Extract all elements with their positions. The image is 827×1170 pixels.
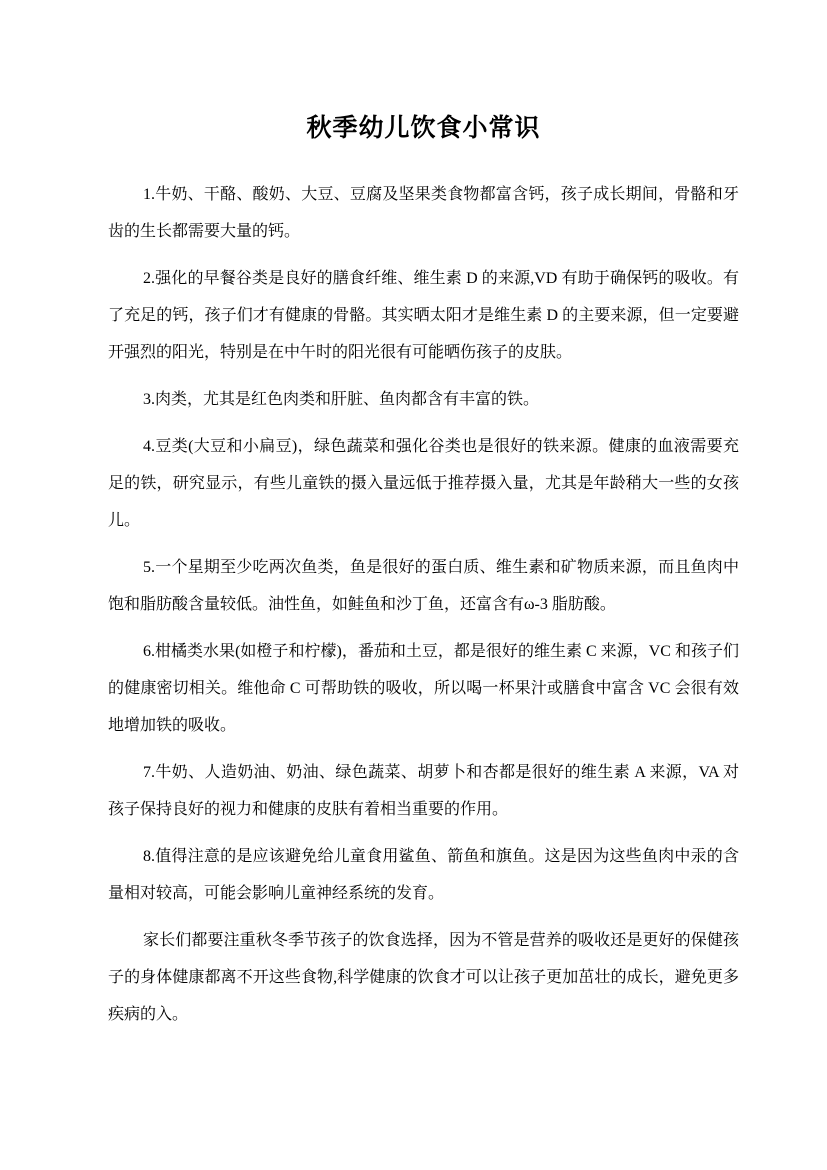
- paragraph-6: 6.柑橘类水果(如橙子和柠檬)，番茄和土豆，都是很好的维生素 C 来源，VC 和…: [108, 633, 739, 744]
- paragraph-7: 7.牛奶、人造奶油、奶油、绿色蔬菜、胡萝卜和杏都是很好的维生素 A 来源，VA …: [108, 754, 739, 828]
- paragraph-3: 3.肉类，尤其是红色肉类和肝脏、鱼肉都含有丰富的铁。: [108, 381, 739, 418]
- paragraph-1: 1.牛奶、干酪、酸奶、大豆、豆腐及坚果类食物都富含钙，孩子成长期间，骨骼和牙齿的…: [108, 176, 739, 250]
- paragraph-2: 2.强化的早餐谷类是良好的膳食纤维、维生素 D 的来源,VD 有助于确保钙的吸收…: [108, 260, 739, 371]
- paragraph-closing: 家长们都要注重秋冬季节孩子的饮食选择，因为不管是营养的吸收还是更好的保健孩子的身…: [108, 922, 739, 1033]
- paragraph-4: 4.豆类(大豆和小扁豆)，绿色蔬菜和强化谷类也是很好的铁来源。健康的血液需要充足…: [108, 428, 739, 539]
- document-page: 秋季幼儿饮食小常识 1.牛奶、干酪、酸奶、大豆、豆腐及坚果类食物都富含钙，孩子成…: [0, 0, 827, 1170]
- document-title: 秋季幼儿饮食小常识: [108, 112, 739, 146]
- paragraph-5: 5.一个星期至少吃两次鱼类，鱼是很好的蛋白质、维生素和矿物质来源，而且鱼肉中饱和…: [108, 549, 739, 623]
- paragraph-8: 8.值得注意的是应该避免给儿童食用鲨鱼、箭鱼和旗鱼。这是因为这些鱼肉中汞的含量相…: [108, 838, 739, 912]
